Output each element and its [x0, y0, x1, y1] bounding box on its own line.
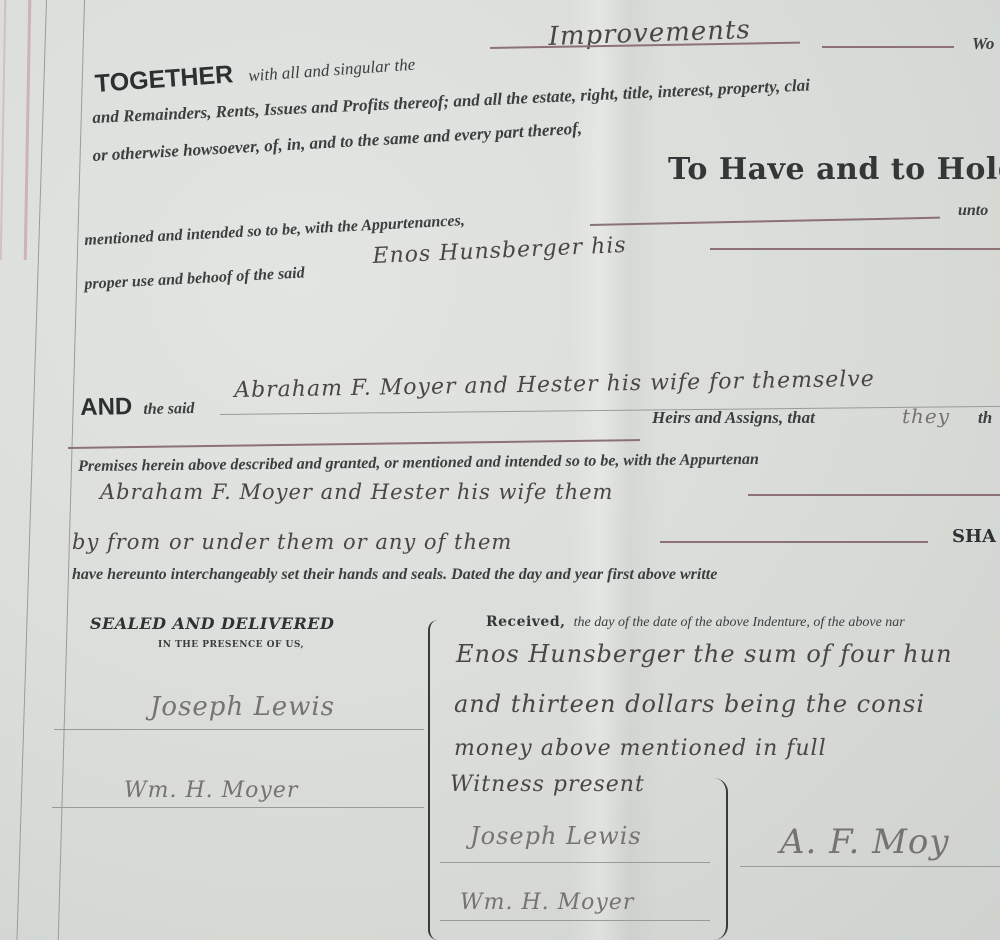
and-rule-1: [220, 406, 1000, 415]
receipt-witness-present: Witness present: [450, 772, 645, 797]
and-hands-and-seals: have hereunto interchangeably set their …: [72, 566, 717, 584]
sealed-subheading: IN THE PRESENCE OF US,: [158, 640, 304, 650]
receipt-hand-line-2: and thirteen dollars being the consi: [454, 690, 925, 718]
receipt-heading-line: Received, the day of the date of the abo…: [486, 614, 905, 631]
habendum-rule-1: [590, 217, 940, 226]
together-line3: or otherwise howsoever, of, in, and to t…: [92, 119, 583, 166]
habendum-handwritten-grantee: Enos Hunsberger his: [372, 233, 627, 269]
habendum-line2: proper use and behoof of the said: [84, 264, 305, 294]
sealed-heading: SEALED AND DELIVERED: [90, 614, 334, 633]
and-handwritten-line-a: Abraham F. Moyer and Hester his wife the…: [100, 480, 613, 504]
together-line1: with all and singular the: [248, 55, 416, 86]
receipt-witness-rule-2: [440, 920, 710, 921]
sealed-witness-rule-1: [54, 729, 424, 730]
deed-paper: TOGETHER with all and singular the Impro…: [0, 0, 1000, 940]
habendum-heading: To Have and to Hold: [668, 152, 1000, 187]
together-clause: TOGETHER with all and singular the: [94, 48, 416, 99]
sealed-witness-1: Joseph Lewis: [150, 692, 335, 722]
sealed-witness-rule-2: [52, 807, 424, 808]
receipt-hand-line-1: Enos Hunsberger the sum of four hun: [456, 640, 953, 668]
together-rule-2: [822, 46, 954, 48]
and-handwritten-line-b: by from or under them or any of them: [72, 530, 512, 554]
receipt-witness-rule-1: [440, 862, 710, 863]
receipt-witness-1: Joseph Lewis: [470, 822, 642, 850]
habendum-rule-2: [710, 248, 1000, 250]
and-handwritten-grantors: Abraham F. Moyer and Hester his wife for…: [234, 367, 875, 403]
sealed-witness-2: Wm. H. Moyer: [124, 778, 298, 803]
together-tail: Wo: [972, 34, 994, 54]
and-heading: AND: [80, 393, 132, 421]
receipt-heading: Received,: [486, 614, 566, 630]
habendum-unto: unto: [958, 202, 988, 220]
and-rule-2: [748, 494, 1000, 496]
and-rule-3: [660, 541, 928, 543]
receipt-print: the day of the date of the above Indentu…: [574, 615, 905, 630]
and-sha-tail: SHA: [952, 526, 996, 547]
receipt-witness-2: Wm. H. Moyer: [460, 890, 634, 915]
and-handwritten-they: they: [902, 404, 950, 428]
and-rule-divider: [68, 439, 640, 448]
receipt-brace-left: [428, 620, 444, 940]
together-heading: TOGETHER: [94, 60, 234, 98]
and-heirs-assigns: Heirs and Assigns, that: [652, 408, 815, 428]
and-the-said: the said: [143, 400, 194, 418]
and-premises-line: Premises herein above described and gran…: [78, 451, 759, 476]
and-heirs-tail: th: [978, 408, 992, 428]
receipt-signature-rule: [740, 866, 1000, 867]
and-clause-start: AND the said: [80, 392, 195, 422]
receipt-brace-right: [712, 778, 728, 940]
receipt-signature: A. F. Moy: [780, 822, 950, 862]
receipt-hand-line-3: money above mentioned in full: [454, 736, 827, 761]
margin-red-rule: [0, 0, 31, 260]
